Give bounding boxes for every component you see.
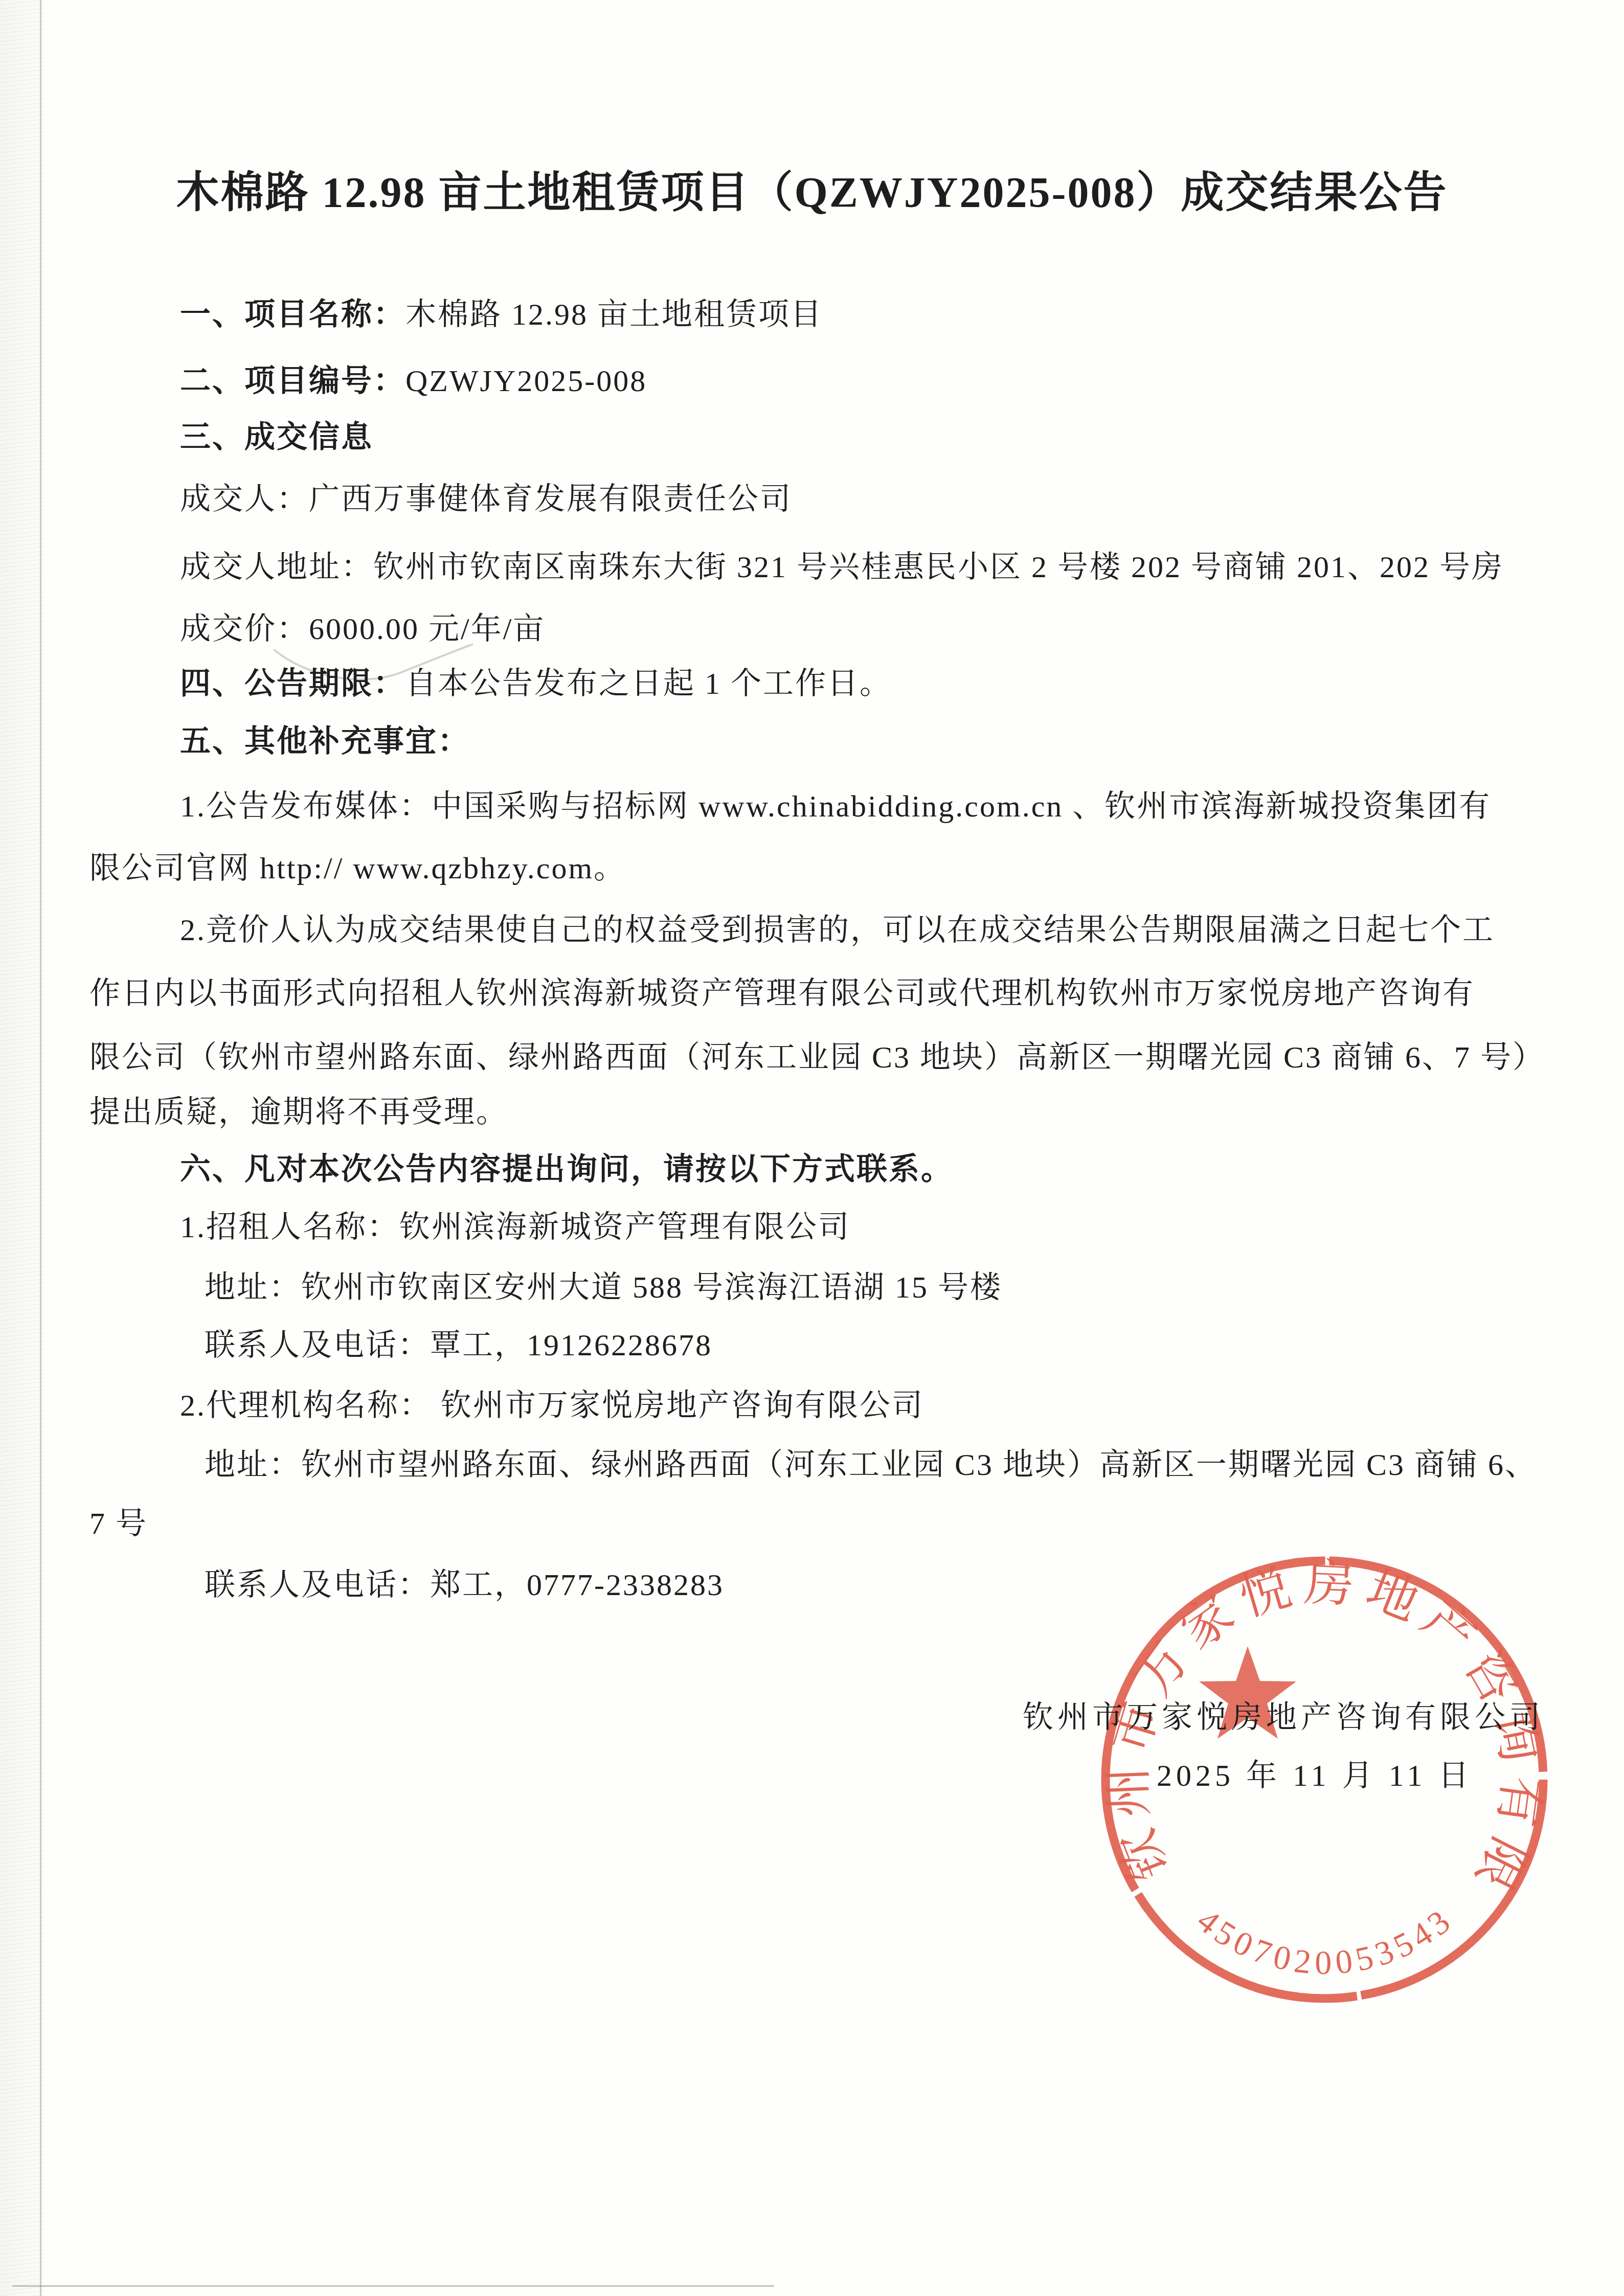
line-contact-heading: 六、凡对本次公告内容提出询问，请按以下方式联系。 [180, 1148, 953, 1190]
line-media-1: 1.公告发布媒体：中国采购与招标网 www.chinabidding.com.c… [180, 785, 1491, 827]
line-other-matters-heading: 五、其他补充事宜： [180, 720, 470, 762]
line-objection-2: 作日内以书面形式向招租人钦州滨海新城资产管理有限公司或代理机构钦州市万家悦房地产… [89, 972, 1475, 1014]
line-objection-4: 提出质疑，逾期将不再受理。 [89, 1091, 508, 1133]
line-deal-price: 成交价：6000.00 元/年/亩 [180, 608, 545, 650]
seal-number-arc-text: 4507020053543 [1190, 1900, 1461, 1982]
scan-vertical-line [40, 0, 41, 2296]
line-lessor-contact: 联系人及电话：覃工，19126228678 [205, 1324, 712, 1366]
line-lessor-address: 地址：钦州市钦南区安州大道 588 号滨海江语湖 15 号楼 [205, 1266, 1002, 1308]
line-winner: 成交人：广西万事健体育发展有限责任公司 [180, 478, 792, 520]
line-objection-3: 限公司（钦州市望州路东面、绿州路西面（河东工业园 C3 地块）高新区一期曙光园 … [89, 1036, 1545, 1078]
document-page: 木棉路 12.98 亩土地租赁项目（QZWJY2025-008）成交结果公告 一… [0, 0, 1624, 2296]
line-deal-info-heading: 三、成交信息 [180, 416, 373, 458]
line-agency-address-1: 地址：钦州市望州路东面、绿州路西面（河东工业园 C3 地块）高新区一期曙光园 C… [205, 1444, 1537, 1486]
scan-edge-strip [0, 0, 43, 2296]
signature-company: 钦州市万家悦房地产咨询有限公司 [1023, 1696, 1544, 1738]
line-lessor-name: 1.招租人名称：钦州滨海新城资产管理有限公司 [180, 1206, 850, 1248]
signature-date: 2025 年 11 月 11 日 [1157, 1755, 1473, 1797]
line-project-number: 二、项目编号：QZWJY2025-008 [180, 360, 647, 402]
line-project-name: 一、项目名称：木棉路 12.98 亩土地租赁项目 [180, 293, 823, 335]
page-title: 木棉路 12.98 亩土地租赁项目（QZWJY2025-008）成交结果公告 [0, 165, 1624, 221]
line-agency-contact: 联系人及电话：郑工，0777-2338283 [205, 1564, 724, 1606]
line-objection-1: 2.竞价人认为成交结果使自己的权益受到损害的，可以在成交结果公告期限届满之日起七… [180, 909, 1495, 951]
line-winner-address: 成交人地址：钦州市钦南区南珠东大街 321 号兴桂惠民小区 2 号楼 202 号… [180, 546, 1504, 588]
line-notice-period: 四、公告期限：自本公告发布之日起 1 个工作日。 [180, 663, 892, 704]
line-media-2: 限公司官网 http:// www.qzbhzy.com。 [89, 847, 626, 889]
line-agency-address-2: 7 号 [89, 1503, 148, 1544]
scan-bottom-line [12, 2285, 774, 2287]
line-agency-name: 2.代理机构名称： 钦州市万家悦房地产咨询有限公司 [180, 1384, 924, 1426]
